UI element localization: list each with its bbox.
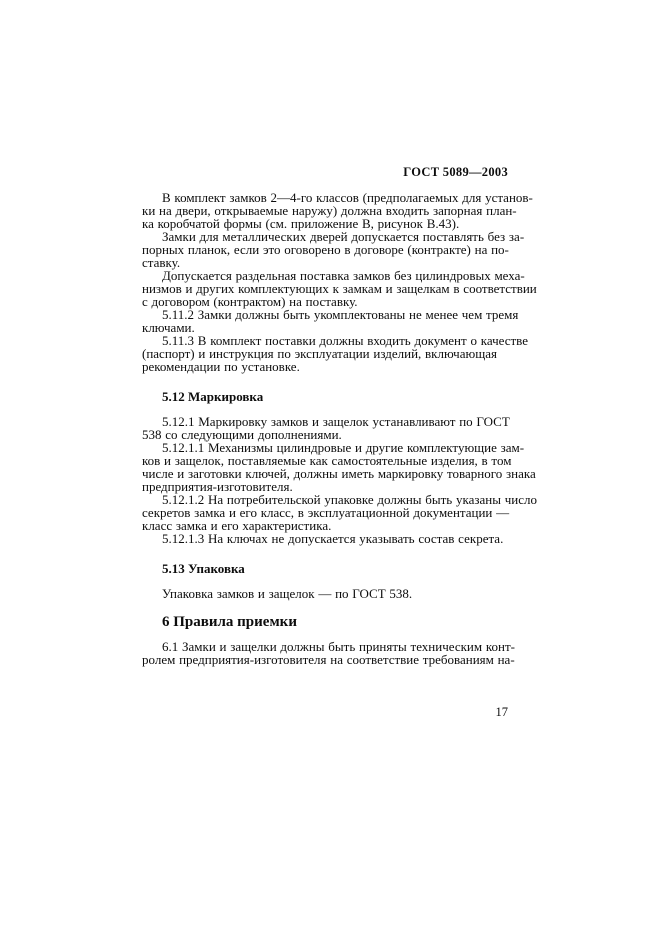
paragraph-5-12-1: 5.12.1 Маркировку замков и защелок устан… [142, 415, 508, 441]
paragraph-5-12-1-2: 5.12.1.2 На потребительской упаковке дол… [142, 493, 508, 532]
paragraph-upakovka: Упаковка замков и защелок — по ГОСТ 538. [142, 587, 508, 600]
heading-6-pravila-priemki: 6 Правила приемки [142, 615, 508, 630]
heading-5-12-markirovka: 5.12 Маркировка [142, 390, 508, 403]
document-header-standard-number: ГОСТ 5089—2003 [142, 166, 508, 179]
paragraph-zamki-metallicheskie: Замки для металлических дверей допускает… [142, 230, 508, 269]
paragraph-5-11-3: 5.11.3 В комплект поставки должны входит… [142, 334, 508, 373]
paragraph-5-11-2: 5.11.2 Замки должны быть укомплектованы … [142, 308, 508, 334]
page-number: 17 [142, 706, 508, 719]
paragraph-5-12-1-3: 5.12.1.3 На ключах не допускается указыв… [142, 532, 508, 545]
paragraph-dopuskaetsya-postavka: Допускается раздельная поставка замков б… [142, 269, 508, 308]
paragraph-5-12-1-1: 5.12.1.1 Механизмы цилиндровые и другие … [142, 441, 508, 493]
paragraph-komplekt-zamkov: В комплект замков 2—4-го классов (предпо… [142, 191, 508, 230]
heading-5-13-upakovka: 5.13 Упаковка [142, 562, 508, 575]
text-column: ГОСТ 5089—2003 В комплект замков 2—4-го … [142, 166, 508, 719]
paragraph-6-1: 6.1 Замки и защелки должны быть приняты … [142, 640, 508, 666]
document-page: ГОСТ 5089—2003 В комплект замков 2—4-го … [0, 0, 661, 935]
